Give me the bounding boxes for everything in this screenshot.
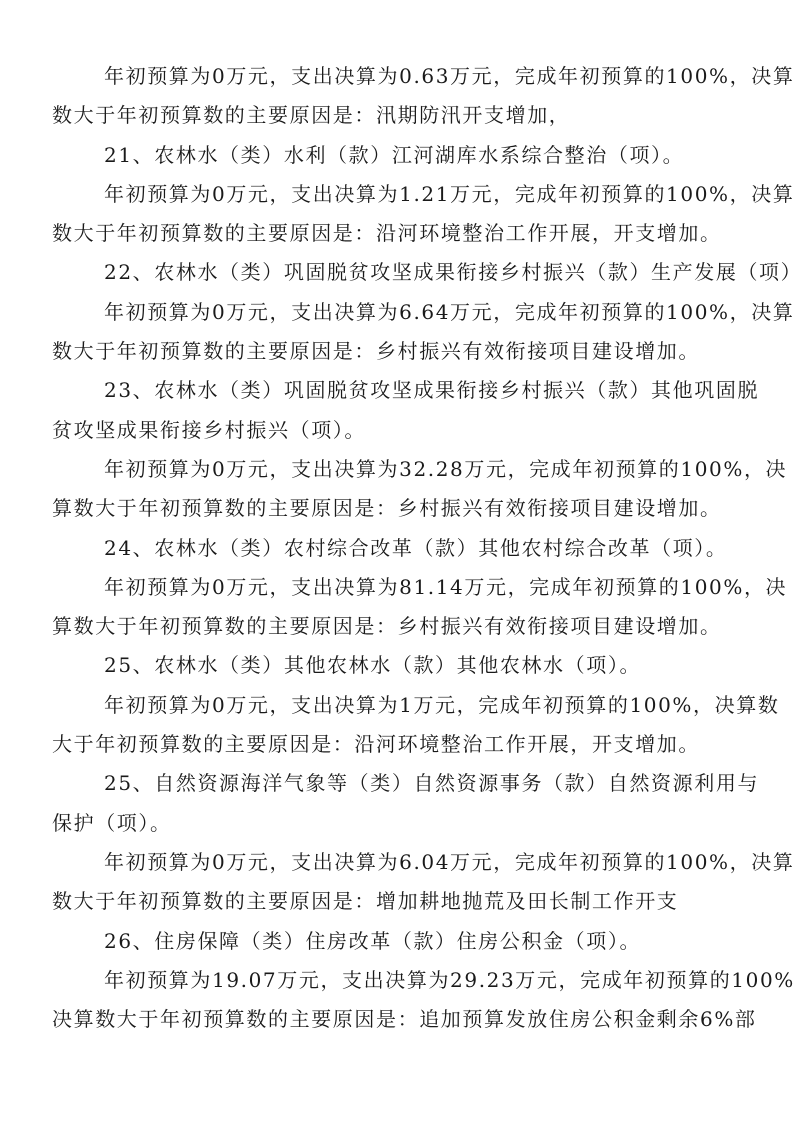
section-heading-26: 26、住房保障（类）住房改革（款）住房公积金（项）。 bbox=[52, 922, 742, 961]
text-line: 数大于年初预算数的主要原因是：乡村振兴有效衔接项目建设增加。 bbox=[52, 332, 742, 371]
text-line: 年初预算为0万元，支出决算为6.04万元，完成年初预算的100%，决算 bbox=[52, 843, 742, 882]
text-line: 年初预算为0万元，支出决算为1万元，完成年初预算的100%，决算数 bbox=[52, 686, 742, 725]
text-line: 数大于年初预算数的主要原因是：汛期防汛开支增加， bbox=[52, 96, 742, 135]
section-heading-21: 21、农林水（类）水利（款）江河湖库水系综合整治（项）。 bbox=[52, 136, 742, 175]
text-line: 年初预算为0万元，支出决算为81.14万元，完成年初预算的100%，决 bbox=[52, 568, 742, 607]
text-line: 决算数大于年初预算数的主要原因是：追加预算发放住房公积金剩余6%部 bbox=[52, 1000, 742, 1039]
text-line: 年初预算为0万元，支出决算为32.28万元，完成年初预算的100%，决 bbox=[52, 450, 742, 489]
section-heading-25a: 25、农林水（类）其他农林水（款）其他农林水（项）。 bbox=[52, 646, 742, 685]
text-line: 数大于年初预算数的主要原因是：沿河环境整治工作开展，开支增加。 bbox=[52, 214, 742, 253]
text-line: 数大于年初预算数的主要原因是：增加耕地抛荒及田长制工作开支 bbox=[52, 882, 742, 921]
section-heading-25b: 25、自然资源海洋气象等（类）自然资源事务（款）自然资源利用与 bbox=[52, 764, 742, 803]
text-line: 年初预算为0万元，支出决算为1.21万元，完成年初预算的100%，决算 bbox=[52, 175, 742, 214]
text-line: 大于年初预算数的主要原因是：沿河环境整治工作开展，开支增加。 bbox=[52, 725, 742, 764]
document-body: 年初预算为0万元，支出决算为0.63万元，完成年初预算的100%，决算 数大于年… bbox=[52, 57, 742, 1039]
section-heading-23: 23、农林水（类）巩固脱贫攻坚成果衔接乡村振兴（款）其他巩固脱 bbox=[52, 371, 742, 410]
text-line: 算数大于年初预算数的主要原因是：乡村振兴有效衔接项目建设增加。 bbox=[52, 489, 742, 528]
text-line: 年初预算为0万元，支出决算为0.63万元，完成年初预算的100%，决算 bbox=[52, 57, 742, 96]
text-line: 年初预算为0万元，支出决算为6.64万元，完成年初预算的100%，决算 bbox=[52, 293, 742, 332]
section-heading-22: 22、农林水（类）巩固脱贫攻坚成果衔接乡村振兴（款）生产发展（项）。 bbox=[52, 253, 742, 292]
text-line: 保护（项）。 bbox=[52, 804, 742, 843]
section-heading-24: 24、农林水（类）农村综合改革（款）其他农村综合改革（项）。 bbox=[52, 529, 742, 568]
text-line: 年初预算为19.07万元，支出决算为29.23万元，完成年初预算的100%， bbox=[52, 961, 742, 1000]
text-line: 算数大于年初预算数的主要原因是：乡村振兴有效衔接项目建设增加。 bbox=[52, 607, 742, 646]
text-line: 贫攻坚成果衔接乡村振兴（项）。 bbox=[52, 411, 742, 450]
